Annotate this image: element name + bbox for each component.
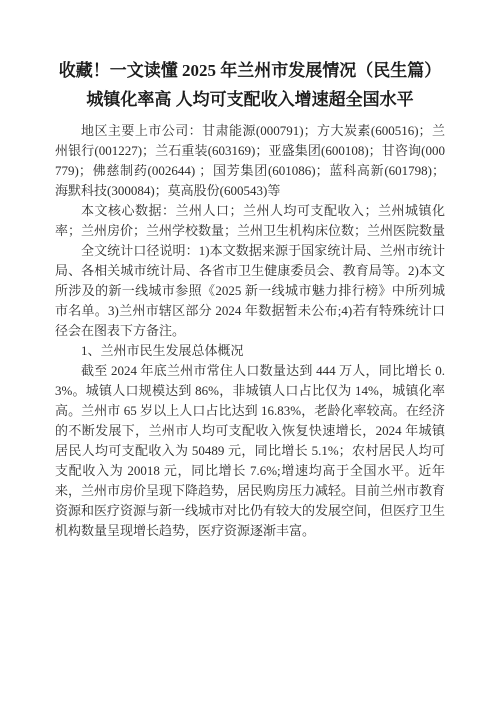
article-title: 收藏！一文读懂 2025 年兰州市发展情况（民生篇）城镇化率高 人均可支配收入增…	[55, 56, 445, 114]
paragraph-overview-body: 截至 2024 年底兰州市常住人口数量达到 444 万人，同比增长 0.3%。城…	[55, 361, 445, 541]
paragraph-core-data: 本文核心数据：兰州人口；兰州人均可支配收入；兰州城镇化率；兰州房价；兰州学校数量…	[55, 201, 445, 241]
paragraph-listed-companies: 地区主要上市公司：甘肃能源(000791)；方大炭素(600516)；兰州银行(…	[55, 121, 445, 201]
paragraph-statistics-scope-note: 全文统计口径说明：1)本文数据来源于国家统计局、兰州市统计局、各相关城市统计局、…	[55, 241, 445, 341]
section-heading-overview: 1、兰州市民生发展总体概况	[55, 341, 445, 361]
document-page: 收藏！一文读懂 2025 年兰州市发展情况（民生篇）城镇化率高 人均可支配收入增…	[0, 0, 496, 701]
